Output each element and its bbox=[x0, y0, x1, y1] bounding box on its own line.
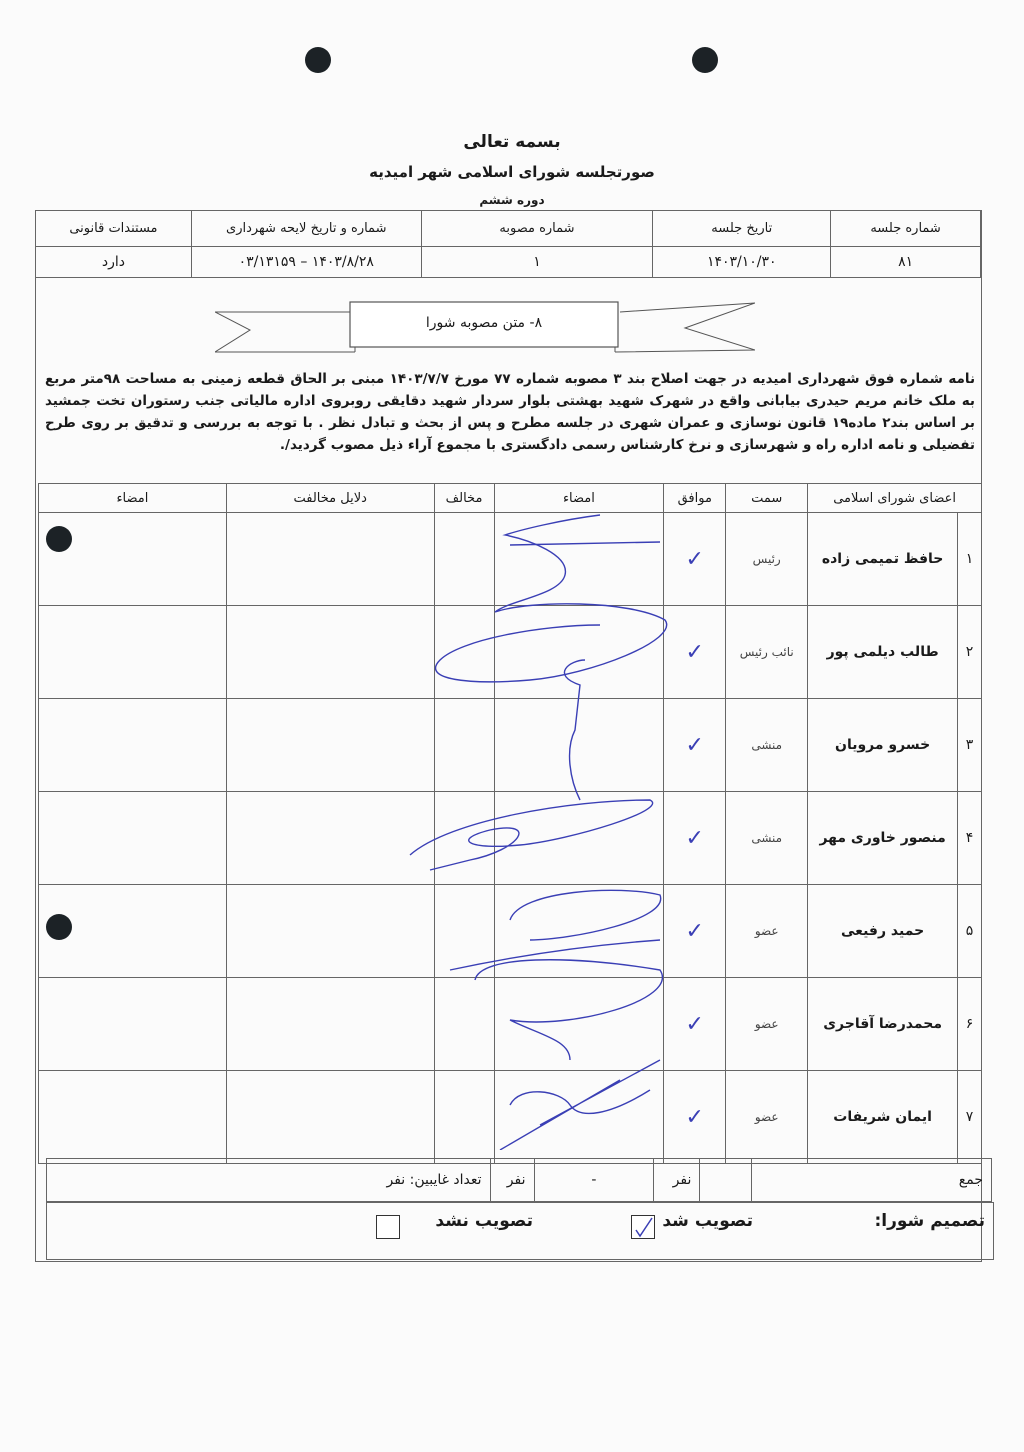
member-position: نائب رئیس bbox=[726, 606, 808, 699]
header-signature: امضاء bbox=[494, 484, 664, 513]
reasons-cell bbox=[226, 792, 434, 885]
decision-label: تصمیم شورا: bbox=[874, 1211, 985, 1231]
member-name: حمید رفیعی bbox=[808, 885, 958, 978]
member-name: منصور خاوری مهر bbox=[808, 792, 958, 885]
reasons-cell bbox=[226, 699, 434, 792]
header-position: سمت bbox=[726, 484, 808, 513]
absent-count: تعداد غایبین: نفر bbox=[47, 1159, 491, 1202]
agree-check-icon: ✓ bbox=[664, 1071, 726, 1164]
header-bill-number-date: شماره و تاریخ لایحه شهرداری bbox=[191, 211, 421, 247]
agree-check-icon: ✓ bbox=[664, 606, 726, 699]
agree-check-icon: ✓ bbox=[664, 885, 726, 978]
document-title: صورتجلسه شورای اسلامی شهر امیدیه bbox=[0, 163, 1024, 181]
member-position: عضو bbox=[726, 978, 808, 1071]
session-info-table: شماره جلسه تاریخ جلسه شماره مصوبه شماره … bbox=[35, 210, 981, 278]
agree-check-icon: ✓ bbox=[664, 978, 726, 1071]
oppose-cell bbox=[434, 699, 494, 792]
header-opposition-reasons: دلایل مخالفت bbox=[226, 484, 434, 513]
header-legal-documents: مستندات قانونی bbox=[36, 211, 192, 247]
check-icon bbox=[632, 1216, 654, 1238]
member-position: رئیس bbox=[726, 513, 808, 606]
member-position: عضو bbox=[726, 885, 808, 978]
member-position: منشی bbox=[726, 699, 808, 792]
member-position: منشی bbox=[726, 792, 808, 885]
member-name: خسرو مرویان bbox=[808, 699, 958, 792]
punch-hole bbox=[692, 47, 718, 73]
oppose-total-value: - bbox=[534, 1159, 654, 1202]
reasons-cell bbox=[226, 978, 434, 1071]
council-term: دوره ششم bbox=[0, 193, 1024, 207]
oppose-cell bbox=[434, 792, 494, 885]
table-row: ۳ خسرو مرویان منشی ✓ bbox=[39, 699, 982, 792]
reasons-cell bbox=[226, 885, 434, 978]
header-members: اعضای شورای اسلامی bbox=[808, 484, 982, 513]
signature-cell-2 bbox=[39, 1071, 227, 1164]
resolution-text: نامه شماره فوق شهرداری امیدیه در جهت اصل… bbox=[45, 368, 975, 456]
invocation: بسمه تعالی bbox=[0, 132, 1024, 152]
council-decision: تصمیم شورا: تصویب شد تصویب نشد bbox=[46, 1202, 994, 1260]
table-row: ۱ حافظ تمیمی زاده رئیس ✓ bbox=[39, 513, 982, 606]
member-name: محمدرضا آقاجری bbox=[808, 978, 958, 1071]
row-number: ۳ bbox=[958, 699, 982, 792]
signature-cell bbox=[494, 513, 664, 606]
signature-cell-2 bbox=[39, 513, 227, 606]
signature-cell bbox=[494, 885, 664, 978]
signature-cell-2 bbox=[39, 885, 227, 978]
agree-total-unit: نفر bbox=[654, 1159, 700, 1202]
header-resolution-number: شماره مصوبه bbox=[421, 211, 653, 247]
member-name: طالب دیلمی پور bbox=[808, 606, 958, 699]
signature-cell-2 bbox=[39, 792, 227, 885]
table-row: ۴ منصور خاوری مهر منشی ✓ bbox=[39, 792, 982, 885]
oppose-total-unit: نفر bbox=[490, 1159, 534, 1202]
oppose-cell bbox=[434, 978, 494, 1071]
signature-cell bbox=[494, 978, 664, 1071]
row-number: ۱ bbox=[958, 513, 982, 606]
oppose-cell bbox=[434, 885, 494, 978]
totals-label: جمع bbox=[752, 1159, 992, 1202]
legal-documents: دارد bbox=[36, 247, 192, 278]
header-oppose: مخالف bbox=[434, 484, 494, 513]
header-signature-2: امضاء bbox=[39, 484, 227, 513]
rejected-label: تصویب نشد bbox=[435, 1211, 533, 1231]
punch-hole bbox=[305, 47, 331, 73]
signature-cell bbox=[494, 606, 664, 699]
header-session-date: تاریخ جلسه bbox=[653, 211, 831, 247]
signature-cell bbox=[494, 1071, 664, 1164]
agree-check-icon: ✓ bbox=[664, 792, 726, 885]
votes-table: اعضای شورای اسلامی سمت موافق امضاء مخالف… bbox=[38, 483, 982, 1164]
table-row: ۶ محمدرضا آقاجری عضو ✓ bbox=[39, 978, 982, 1071]
table-row: ۵ حمید رفیعی عضو ✓ bbox=[39, 885, 982, 978]
absent-label: تعداد غایبین: bbox=[410, 1172, 482, 1188]
reasons-cell bbox=[226, 606, 434, 699]
signature-cell-2 bbox=[39, 606, 227, 699]
row-number: ۲ bbox=[958, 606, 982, 699]
rejected-checkbox[interactable] bbox=[376, 1215, 400, 1239]
session-date: ۱۴۰۳/۱۰/۳۰ bbox=[653, 247, 831, 278]
agree-check-icon: ✓ bbox=[664, 699, 726, 792]
session-number: ۸۱ bbox=[831, 247, 981, 278]
row-number: ۶ bbox=[958, 978, 982, 1071]
member-position: عضو bbox=[726, 1071, 808, 1164]
oppose-cell bbox=[434, 513, 494, 606]
header-session-number: شماره جلسه bbox=[831, 211, 981, 247]
bill-number-date: ۱۴۰۳/۸/۲۸ – ۰۳/۱۳۱۵۹ bbox=[191, 247, 421, 278]
reasons-cell bbox=[226, 1071, 434, 1164]
approved-label: تصویب شد bbox=[662, 1211, 753, 1231]
approved-checkbox[interactable] bbox=[631, 1215, 655, 1239]
resolution-number: ۱ bbox=[421, 247, 653, 278]
oppose-cell bbox=[434, 1071, 494, 1164]
oppose-cell bbox=[434, 606, 494, 699]
reasons-cell bbox=[226, 513, 434, 606]
table-row: ۲ طالب دیلمی پور نائب رئیس ✓ bbox=[39, 606, 982, 699]
signature-cell bbox=[494, 792, 664, 885]
table-row: ۷ ایمان شریفات عضو ✓ bbox=[39, 1071, 982, 1164]
row-number: ۴ bbox=[958, 792, 982, 885]
absent-unit: نفر bbox=[386, 1172, 405, 1188]
signature-cell-2 bbox=[39, 699, 227, 792]
row-number: ۵ bbox=[958, 885, 982, 978]
totals-row: جمع نفر - نفر تعداد غایبین: نفر bbox=[46, 1158, 992, 1202]
row-number: ۷ bbox=[958, 1071, 982, 1164]
signature-cell-2 bbox=[39, 978, 227, 1071]
member-name: ایمان شریفات bbox=[808, 1071, 958, 1164]
signature-cell bbox=[494, 699, 664, 792]
agree-check-icon: ✓ bbox=[664, 513, 726, 606]
header-agree: موافق bbox=[664, 484, 726, 513]
section-heading: ۸- متن مصوبه شورا bbox=[350, 302, 618, 344]
member-name: حافظ تمیمی زاده bbox=[808, 513, 958, 606]
